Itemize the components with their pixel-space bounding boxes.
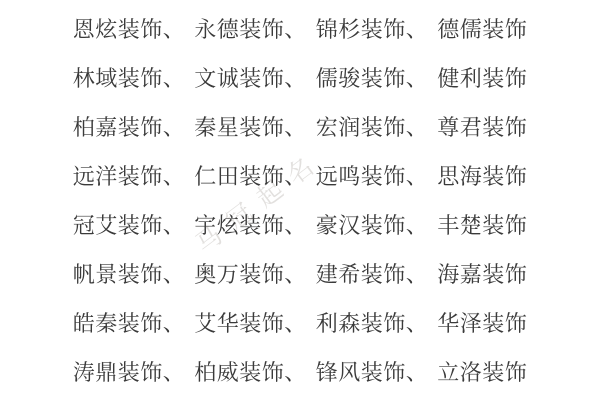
enumeration-comma: 、 bbox=[406, 116, 429, 141]
company-name: 丰楚装饰 bbox=[437, 214, 527, 239]
company-name: 远鸣装饰 bbox=[316, 165, 406, 190]
name-list-row: 涛鼎装饰、柏威装饰、锋风装饰、立洛装饰 bbox=[0, 356, 600, 387]
name-list-row: 皓秦装饰、艾华装饰、利森装饰、华泽装饰 bbox=[0, 307, 600, 338]
enumeration-comma: 、 bbox=[163, 67, 186, 92]
company-name: 锦杉装饰 bbox=[316, 18, 406, 43]
enumeration-comma: 、 bbox=[163, 263, 186, 288]
name-list-row: 恩炫装饰、永德装饰、锦杉装饰、德儒装饰 bbox=[0, 13, 600, 44]
enumeration-comma: 、 bbox=[284, 361, 307, 386]
enumeration-comma: 、 bbox=[284, 67, 307, 92]
enumeration-comma: 、 bbox=[284, 165, 307, 190]
enumeration-comma: 、 bbox=[406, 263, 429, 288]
company-name: 文诚装饰 bbox=[194, 67, 284, 92]
company-name: 建希装饰 bbox=[316, 263, 406, 288]
company-name: 德儒装饰 bbox=[437, 18, 527, 43]
enumeration-comma: 、 bbox=[284, 214, 307, 239]
enumeration-comma: 、 bbox=[284, 18, 307, 43]
company-name: 利森装饰 bbox=[316, 312, 406, 337]
page: 马冠起名 恩炫装饰、永德装饰、锦杉装饰、德儒装饰 林域装饰、文诚装饰、儒骏装饰、… bbox=[0, 0, 600, 400]
enumeration-comma: 、 bbox=[406, 312, 429, 337]
company-name: 华泽装饰 bbox=[437, 312, 527, 337]
enumeration-comma: 、 bbox=[406, 214, 429, 239]
company-name: 海嘉装饰 bbox=[437, 263, 527, 288]
company-name: 锋风装饰 bbox=[316, 361, 406, 386]
enumeration-comma: 、 bbox=[284, 312, 307, 337]
name-list-row: 冠艾装饰、宇炫装饰、豪汉装饰、丰楚装饰 bbox=[0, 209, 600, 240]
company-name: 永德装饰 bbox=[194, 18, 284, 43]
enumeration-comma: 、 bbox=[163, 361, 186, 386]
company-name: 林域装饰 bbox=[73, 67, 163, 92]
enumeration-comma: 、 bbox=[163, 312, 186, 337]
company-name: 柏威装饰 bbox=[194, 361, 284, 386]
company-name: 宏润装饰 bbox=[316, 116, 406, 141]
company-name: 思海装饰 bbox=[437, 165, 527, 190]
enumeration-comma: 、 bbox=[163, 18, 186, 43]
name-list-row: 远洋装饰、仁田装饰、远鸣装饰、思海装饰 bbox=[0, 160, 600, 191]
company-name: 宇炫装饰 bbox=[194, 214, 284, 239]
company-name: 豪汉装饰 bbox=[316, 214, 406, 239]
enumeration-comma: 、 bbox=[406, 361, 429, 386]
company-name: 远洋装饰 bbox=[73, 165, 163, 190]
enumeration-comma: 、 bbox=[163, 116, 186, 141]
enumeration-comma: 、 bbox=[406, 67, 429, 92]
company-name: 儒骏装饰 bbox=[316, 67, 406, 92]
company-name: 奥万装饰 bbox=[194, 263, 284, 288]
company-name: 皓秦装饰 bbox=[73, 312, 163, 337]
name-list-row: 柏嘉装饰、秦星装饰、宏润装饰、尊君装饰 bbox=[0, 111, 600, 142]
company-name: 帆景装饰 bbox=[73, 263, 163, 288]
enumeration-comma: 、 bbox=[406, 165, 429, 190]
enumeration-comma: 、 bbox=[163, 214, 186, 239]
enumeration-comma: 、 bbox=[163, 165, 186, 190]
enumeration-comma: 、 bbox=[284, 116, 307, 141]
company-name: 涛鼎装饰 bbox=[73, 361, 163, 386]
company-name: 艾华装饰 bbox=[194, 312, 284, 337]
company-name: 健利装饰 bbox=[437, 67, 527, 92]
company-name: 立洛装饰 bbox=[437, 361, 527, 386]
company-name: 秦星装饰 bbox=[194, 116, 284, 141]
company-name: 柏嘉装饰 bbox=[73, 116, 163, 141]
company-name: 仁田装饰 bbox=[194, 165, 284, 190]
name-list-row: 帆景装饰、奥万装饰、建希装饰、海嘉装饰 bbox=[0, 258, 600, 289]
company-name: 恩炫装饰 bbox=[73, 18, 163, 43]
enumeration-comma: 、 bbox=[284, 263, 307, 288]
enumeration-comma: 、 bbox=[406, 18, 429, 43]
company-name: 尊君装饰 bbox=[437, 116, 527, 141]
name-list-row: 林域装饰、文诚装饰、儒骏装饰、健利装饰 bbox=[0, 62, 600, 93]
company-name: 冠艾装饰 bbox=[73, 214, 163, 239]
watermark-text: 马冠起名 bbox=[187, 140, 330, 260]
